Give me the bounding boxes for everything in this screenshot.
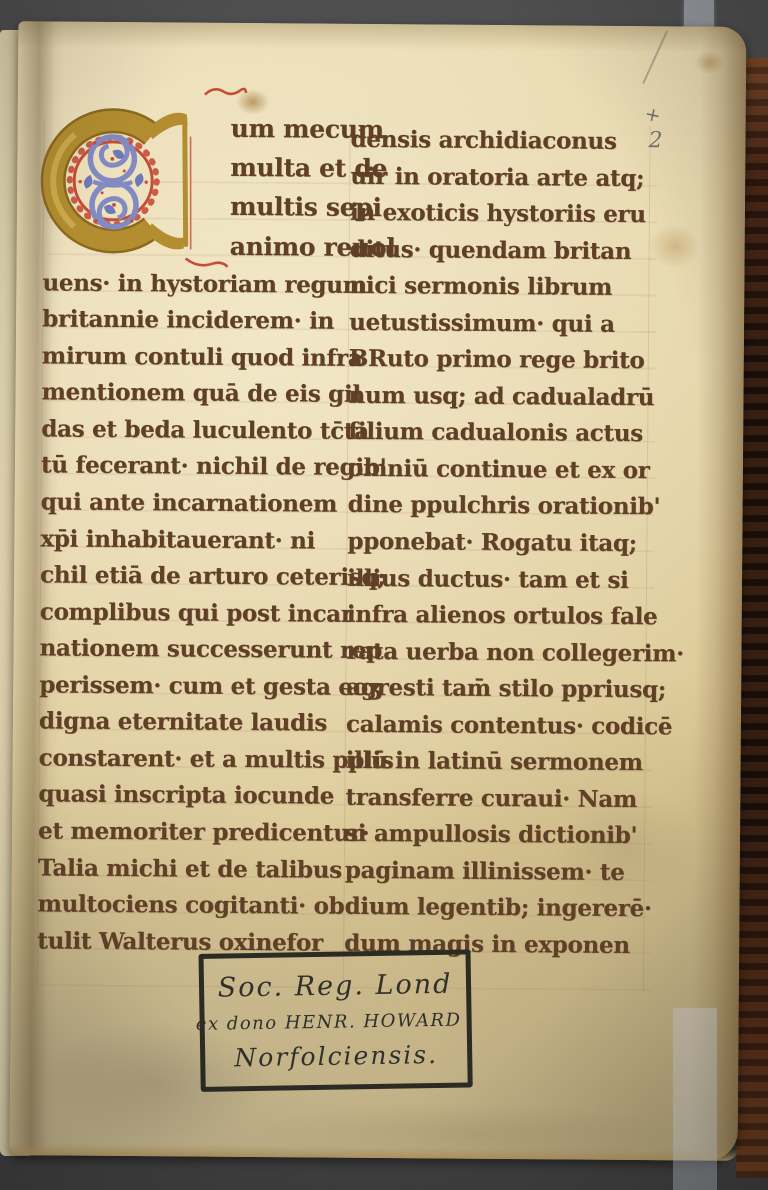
manuscript-line: nationem successerunt rep — [39, 635, 347, 674]
manuscript-line: xp̄i inhabitauerant· ni — [40, 525, 348, 564]
manuscript-line: quasi inscripta iocunde — [38, 781, 346, 820]
manuscript-line: illius ductus· tam et si — [347, 564, 643, 603]
manuscript-line: rata uerba non collegerim· — [346, 637, 642, 676]
manuscript-line: multa et de — [230, 153, 351, 193]
folio-annotation-number: 2 — [648, 128, 662, 153]
manuscript-page: um mecummulta et demultis sepianimo reuo… — [10, 21, 747, 1161]
manuscript-line: digna eternitate laudis — [39, 708, 347, 747]
manuscript-line: in exoticis hystoriis eru — [350, 199, 646, 238]
text-column-left: um mecummulta et demultis sepianimo reuo… — [37, 112, 352, 966]
page-top-edge-shading — [18, 21, 746, 53]
manuscript-line: Talia michi et de talibus — [38, 854, 346, 893]
manuscript-line: mentionem quā de eis gil — [41, 379, 349, 418]
text-column-right: densis archidiaconusuir in oratoria arte… — [344, 126, 647, 969]
manuscript-line: ditus· quendam britan — [350, 235, 646, 274]
manuscript-line: et memoriter predicentur· — [38, 817, 346, 856]
manuscript-line: si ampullosis dictionib' — [345, 820, 641, 859]
manuscript-line: qui ante incarnationem — [41, 488, 349, 527]
mounting-strip-bottom — [673, 1008, 717, 1190]
stamp-line-1: Soc. Reg. Lond — [217, 968, 452, 1003]
manuscript-line: um mecum — [230, 114, 351, 154]
manuscript-line: mirum contuli quod infra — [42, 342, 350, 381]
manuscript-line: calamis contentus· codicē — [346, 711, 642, 750]
manuscript-line: transferre curaui· Nam — [345, 784, 641, 823]
manuscript-line: tū fecerant· nichil de regib' — [41, 452, 349, 491]
manuscript-line: uens· in hystoriam regum — [42, 269, 350, 308]
manuscript-line: paginam illinissem· te — [345, 857, 641, 896]
manuscript-line: num usq; ad cadualadrū — [348, 382, 644, 421]
manuscript-line: nici sermonis librum — [349, 272, 645, 311]
pen-flourish-top — [205, 89, 246, 95]
manuscript-line: uir in oratoria arte atq; — [350, 162, 646, 201]
manuscript-line: filium cadualonis actus — [348, 418, 644, 457]
manuscript-line: perissem· cum et gesta eoʒ — [39, 671, 347, 710]
page-right-edge-shading — [692, 27, 747, 1161]
manuscript-line: britannie inciderem· in — [42, 306, 350, 345]
manuscript-line: multociens cogitanti· ob — [37, 890, 345, 929]
manuscript-line: multis sepi — [230, 192, 351, 232]
stamp-line-2: ex dono HENR. HOWARD — [196, 1009, 462, 1034]
manuscript-line: constarent· et a multis pplis — [38, 744, 346, 783]
manuscript-photo: um mecummulta et demultis sepianimo reuo… — [0, 0, 768, 1190]
stamp-line-3: Norfolciensis. — [234, 1040, 438, 1072]
manuscript-line: infra alienos ortulos fale — [347, 601, 643, 640]
manuscript-line: dium legentib; ingererē· — [344, 893, 640, 932]
manuscript-line: chil etiā de arturo ceterisq; — [40, 561, 348, 600]
manuscript-line: illū in latinū sermonem — [345, 747, 641, 786]
manuscript-line: pponebat· Rogatu itaq; — [347, 528, 643, 567]
manuscript-line: dine ppulchris orationib' — [347, 491, 643, 530]
manuscript-line: omniū continue et ex or — [348, 455, 644, 494]
folio-annotation-cross: + — [643, 103, 663, 128]
manuscript-line: uetustissimum· qui a — [349, 308, 645, 347]
page-bottom-edge — [10, 1143, 738, 1161]
manuscript-line: das et beda luculento tc̄ta — [41, 415, 349, 454]
manuscript-line: BRuto primo rege brito — [349, 345, 645, 384]
ownership-stamp: Soc. Reg. Lond ex dono HENR. HOWARD Norf… — [198, 949, 472, 1091]
manuscript-line: complibus qui post incar — [40, 598, 348, 637]
manuscript-line: animo reuol — [230, 231, 351, 271]
manuscript-line: agresti tam̄ stilo ppriusq; — [346, 674, 642, 713]
manuscript-line: densis archidiaconus — [350, 126, 646, 165]
